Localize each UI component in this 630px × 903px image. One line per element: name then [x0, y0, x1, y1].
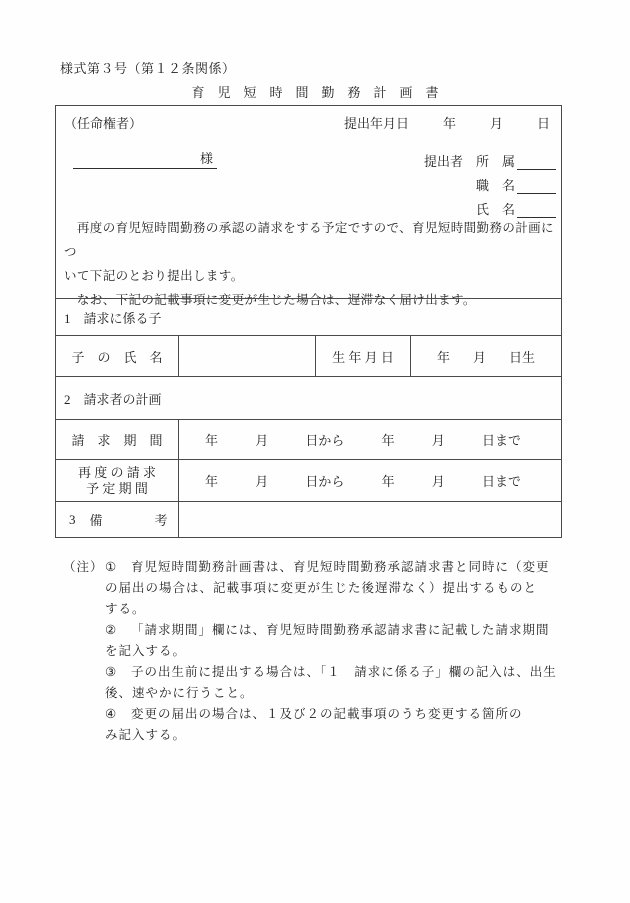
- period-from-month: 月: [255, 430, 268, 449]
- note-3-number: ③: [105, 662, 131, 683]
- remarks-label-cell: 3 備 考: [56, 502, 179, 537]
- declaration-line-2: いて下記のとおり提出します。: [64, 264, 556, 288]
- submission-day-label: 日: [537, 113, 550, 132]
- replan-period-label: 再 度 の 請 求 予 定 期 間: [56, 460, 179, 501]
- submission-year-label: 年: [443, 113, 456, 132]
- birth-date-blank-field[interactable]: 年 月 日生: [411, 336, 561, 376]
- replan-to-year: 年: [382, 471, 395, 490]
- declaration-line-1: 再度の育児短時間勤務の承認の請求をする予定ですので、育児短時間勤務の計画につ: [64, 216, 556, 264]
- submitter-affiliation-row: 提出者 所 属: [424, 146, 556, 170]
- submission-date-row: 提出年月日 年 月 日: [344, 113, 550, 132]
- note-1-line-1: （注） ① 育児短時間勤務計画書は、育児短時間勤務承認請求書と同時に（変更: [63, 557, 559, 578]
- document-title: 育 児 短 時 間 勤 務 計 画 書: [0, 82, 630, 101]
- request-period-row: 請 求 期 間 年 月 日から 年 月 日まで: [56, 419, 561, 459]
- note-2-line-2: を記入する。: [63, 641, 559, 662]
- period-to-day: 日まで: [482, 430, 521, 449]
- period-from-day: 日から: [305, 430, 344, 449]
- request-period-blank-field[interactable]: 年 月 日から 年 月 日まで: [179, 420, 561, 459]
- replan-from-day: 日から: [305, 471, 344, 490]
- birth-day-label: 日生: [509, 347, 535, 366]
- addressee-honorific: 様: [200, 151, 213, 166]
- submitter-label: 提出者: [424, 151, 476, 170]
- note-1-line-3: する。: [63, 599, 559, 620]
- section1-title: 1 請求に係る子: [56, 299, 561, 335]
- period-to-month: 月: [432, 430, 445, 449]
- birth-year-label: 年: [437, 347, 450, 366]
- affiliation-blank-field[interactable]: [517, 154, 556, 170]
- section1-row: 1 請求に係る子: [56, 298, 561, 335]
- replan-label-line-1: 再 度 の 請 求: [78, 465, 156, 481]
- section2-title: 2 請求者の計画: [56, 377, 561, 419]
- remarks-section-number: 3: [69, 512, 76, 528]
- replan-from-month: 月: [255, 471, 268, 490]
- child-name-label: 子 の 氏 名: [56, 336, 179, 376]
- replan-to-day: 日まで: [482, 471, 521, 490]
- notes-prefix: （注）: [63, 557, 105, 578]
- remarks-label: 備 考: [90, 510, 168, 529]
- job-title-blank-field[interactable]: [517, 178, 556, 194]
- child-info-row: 子 の 氏 名 生 年 月 日 年 月 日生: [56, 335, 561, 376]
- note-3-line-1: ③ 子の出生前に提出する場合は、「１ 請求に係る子」欄の記入は、出生: [63, 662, 559, 683]
- form-main-box: （任命権者） 提出年月日 年 月 日 様 提出者 所 属 職 名 氏 名: [55, 105, 562, 538]
- submitter-name-row: 氏 名: [424, 194, 556, 218]
- form-table: 1 請求に係る子 子 の 氏 名 生 年 月 日 年 月 日生 2 請求者の計画…: [56, 298, 561, 537]
- birth-month-label: 月: [473, 347, 486, 366]
- notes-block: （注） ① 育児短時間勤務計画書は、育児短時間勤務承認請求書と同時に（変更 の届…: [63, 557, 559, 746]
- request-period-label: 請 求 期 間: [56, 420, 179, 459]
- period-from-year: 年: [205, 430, 218, 449]
- note-2-number: ②: [105, 620, 131, 641]
- form-page: 様式第３号（第１２条関係） 育 児 短 時 間 勤 務 計 画 書 （任命権者）…: [0, 0, 630, 903]
- submission-month-label: 月: [490, 113, 503, 132]
- affiliation-label: 所 属: [476, 151, 515, 170]
- addressee-blank-field[interactable]: 様: [73, 148, 217, 169]
- note-3-line-2: 後、速やかに行うこと。: [63, 683, 559, 704]
- replan-to-month: 月: [432, 471, 445, 490]
- note-1-line-2: の届出の場合は、記載事項に変更が生じた後遅滞なく）提出するものと: [63, 578, 559, 599]
- submitter-block: 提出者 所 属 職 名 氏 名: [424, 146, 556, 218]
- note-1-number: ①: [105, 557, 131, 578]
- section2-row: 2 請求者の計画: [56, 376, 561, 419]
- period-to-year: 年: [382, 430, 395, 449]
- form-number: 様式第３号（第１２条関係）: [60, 58, 236, 77]
- note-4-line-1: ④ 変更の届出の場合は、１及び２の記載事項のうち変更する箇所の: [63, 704, 559, 725]
- note-4-number: ④: [105, 704, 131, 725]
- replan-label-line-2: 予 定 期 間: [86, 481, 148, 497]
- replan-period-row: 再 度 の 請 求 予 定 期 間 年 月 日から 年 月 日まで: [56, 459, 561, 501]
- remarks-row: 3 備 考: [56, 501, 561, 537]
- child-name-blank-field[interactable]: [179, 336, 316, 376]
- note-2-line-1: ② 「請求期間」欄には、育児短時間勤務承認請求書に記載した請求期間: [63, 620, 559, 641]
- birth-date-label: 生 年 月 日: [316, 336, 411, 376]
- submitter-title-row: 職 名: [424, 170, 556, 194]
- replan-period-blank-field[interactable]: 年 月 日から 年 月 日まで: [179, 460, 561, 501]
- note-4-line-2: み記入する。: [63, 725, 559, 746]
- appointer-label: （任命権者）: [64, 113, 142, 132]
- remarks-blank-field[interactable]: [179, 502, 561, 537]
- replan-from-year: 年: [205, 471, 218, 490]
- submission-date-label: 提出年月日: [344, 113, 409, 132]
- job-title-label: 職 名: [476, 175, 515, 194]
